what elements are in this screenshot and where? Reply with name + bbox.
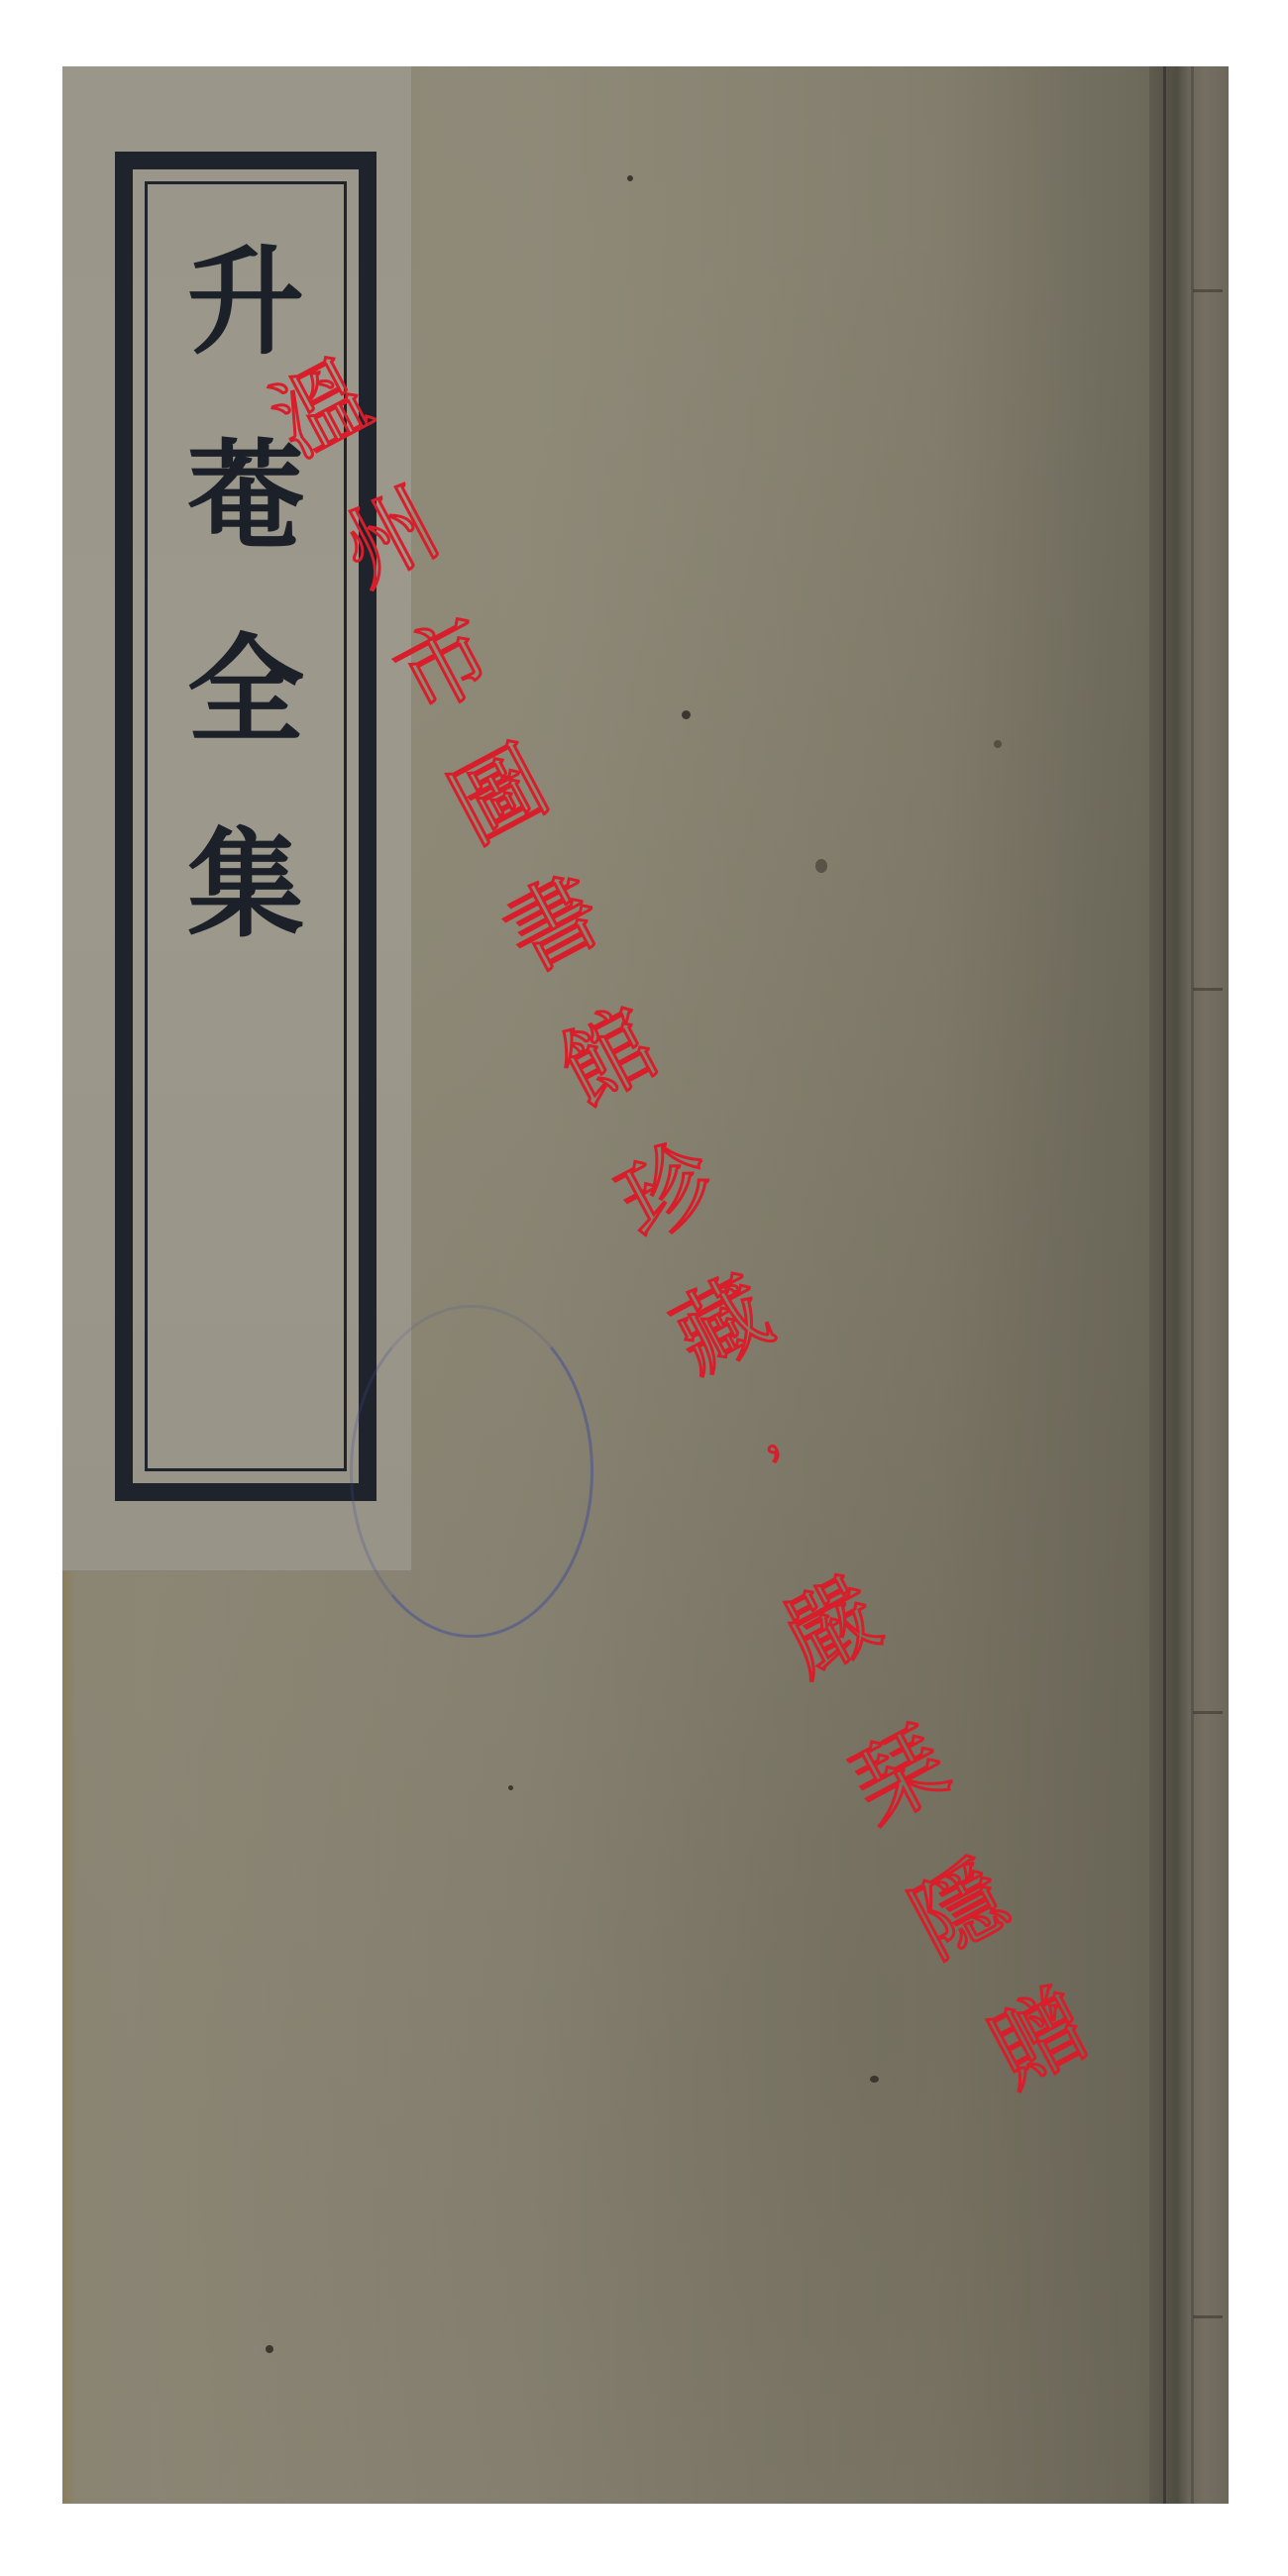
binding-notch xyxy=(1193,1711,1223,1714)
paper-speck xyxy=(870,2076,879,2083)
seal-char: 書 xyxy=(492,863,615,986)
title-label-frame: 升 菴 全 集 xyxy=(115,152,376,1501)
paper-speck xyxy=(266,2345,273,2353)
spine-line xyxy=(1163,66,1166,2504)
seal-char: ， xyxy=(747,1395,814,1462)
paper-speck xyxy=(994,740,1002,748)
seal-char: 隱 xyxy=(899,1849,1021,1972)
book-title: 升 菴 全 集 xyxy=(148,244,344,1020)
seal-char: 館 xyxy=(547,997,670,1120)
spine-line xyxy=(1191,66,1194,2504)
title-char: 升 xyxy=(187,244,304,361)
seal-char: 圖 xyxy=(438,734,561,857)
title-char: 全 xyxy=(187,632,304,749)
title-char: 菴 xyxy=(187,438,304,555)
title-char: 集 xyxy=(187,826,304,943)
paper-speck xyxy=(682,710,691,719)
seal-char: 琹 xyxy=(839,1715,962,1838)
seal-char: 珍 xyxy=(606,1130,729,1253)
blue-circular-stamp xyxy=(350,1305,593,1638)
binding-notch xyxy=(1193,2315,1223,2318)
paper-speck xyxy=(627,175,633,181)
binding-notch xyxy=(1193,289,1223,292)
paper-speck xyxy=(815,859,827,873)
paper-speck xyxy=(508,1785,513,1790)
seal-char: 嚴 xyxy=(770,1566,893,1689)
book-spine xyxy=(1149,66,1229,2504)
binding-notch xyxy=(1193,988,1223,991)
book-cover: 升 菴 全 集 溫 州 市 圖 書 館 珍 藏 ， 嚴 琹 隱 贈 xyxy=(62,66,1229,2504)
title-label-slip: 升 菴 全 集 xyxy=(62,66,412,1571)
seal-char: 贈 xyxy=(978,1978,1101,2100)
seal-char: 藏 xyxy=(661,1264,784,1387)
title-label-inner-border: 升 菴 全 集 xyxy=(145,181,347,1471)
